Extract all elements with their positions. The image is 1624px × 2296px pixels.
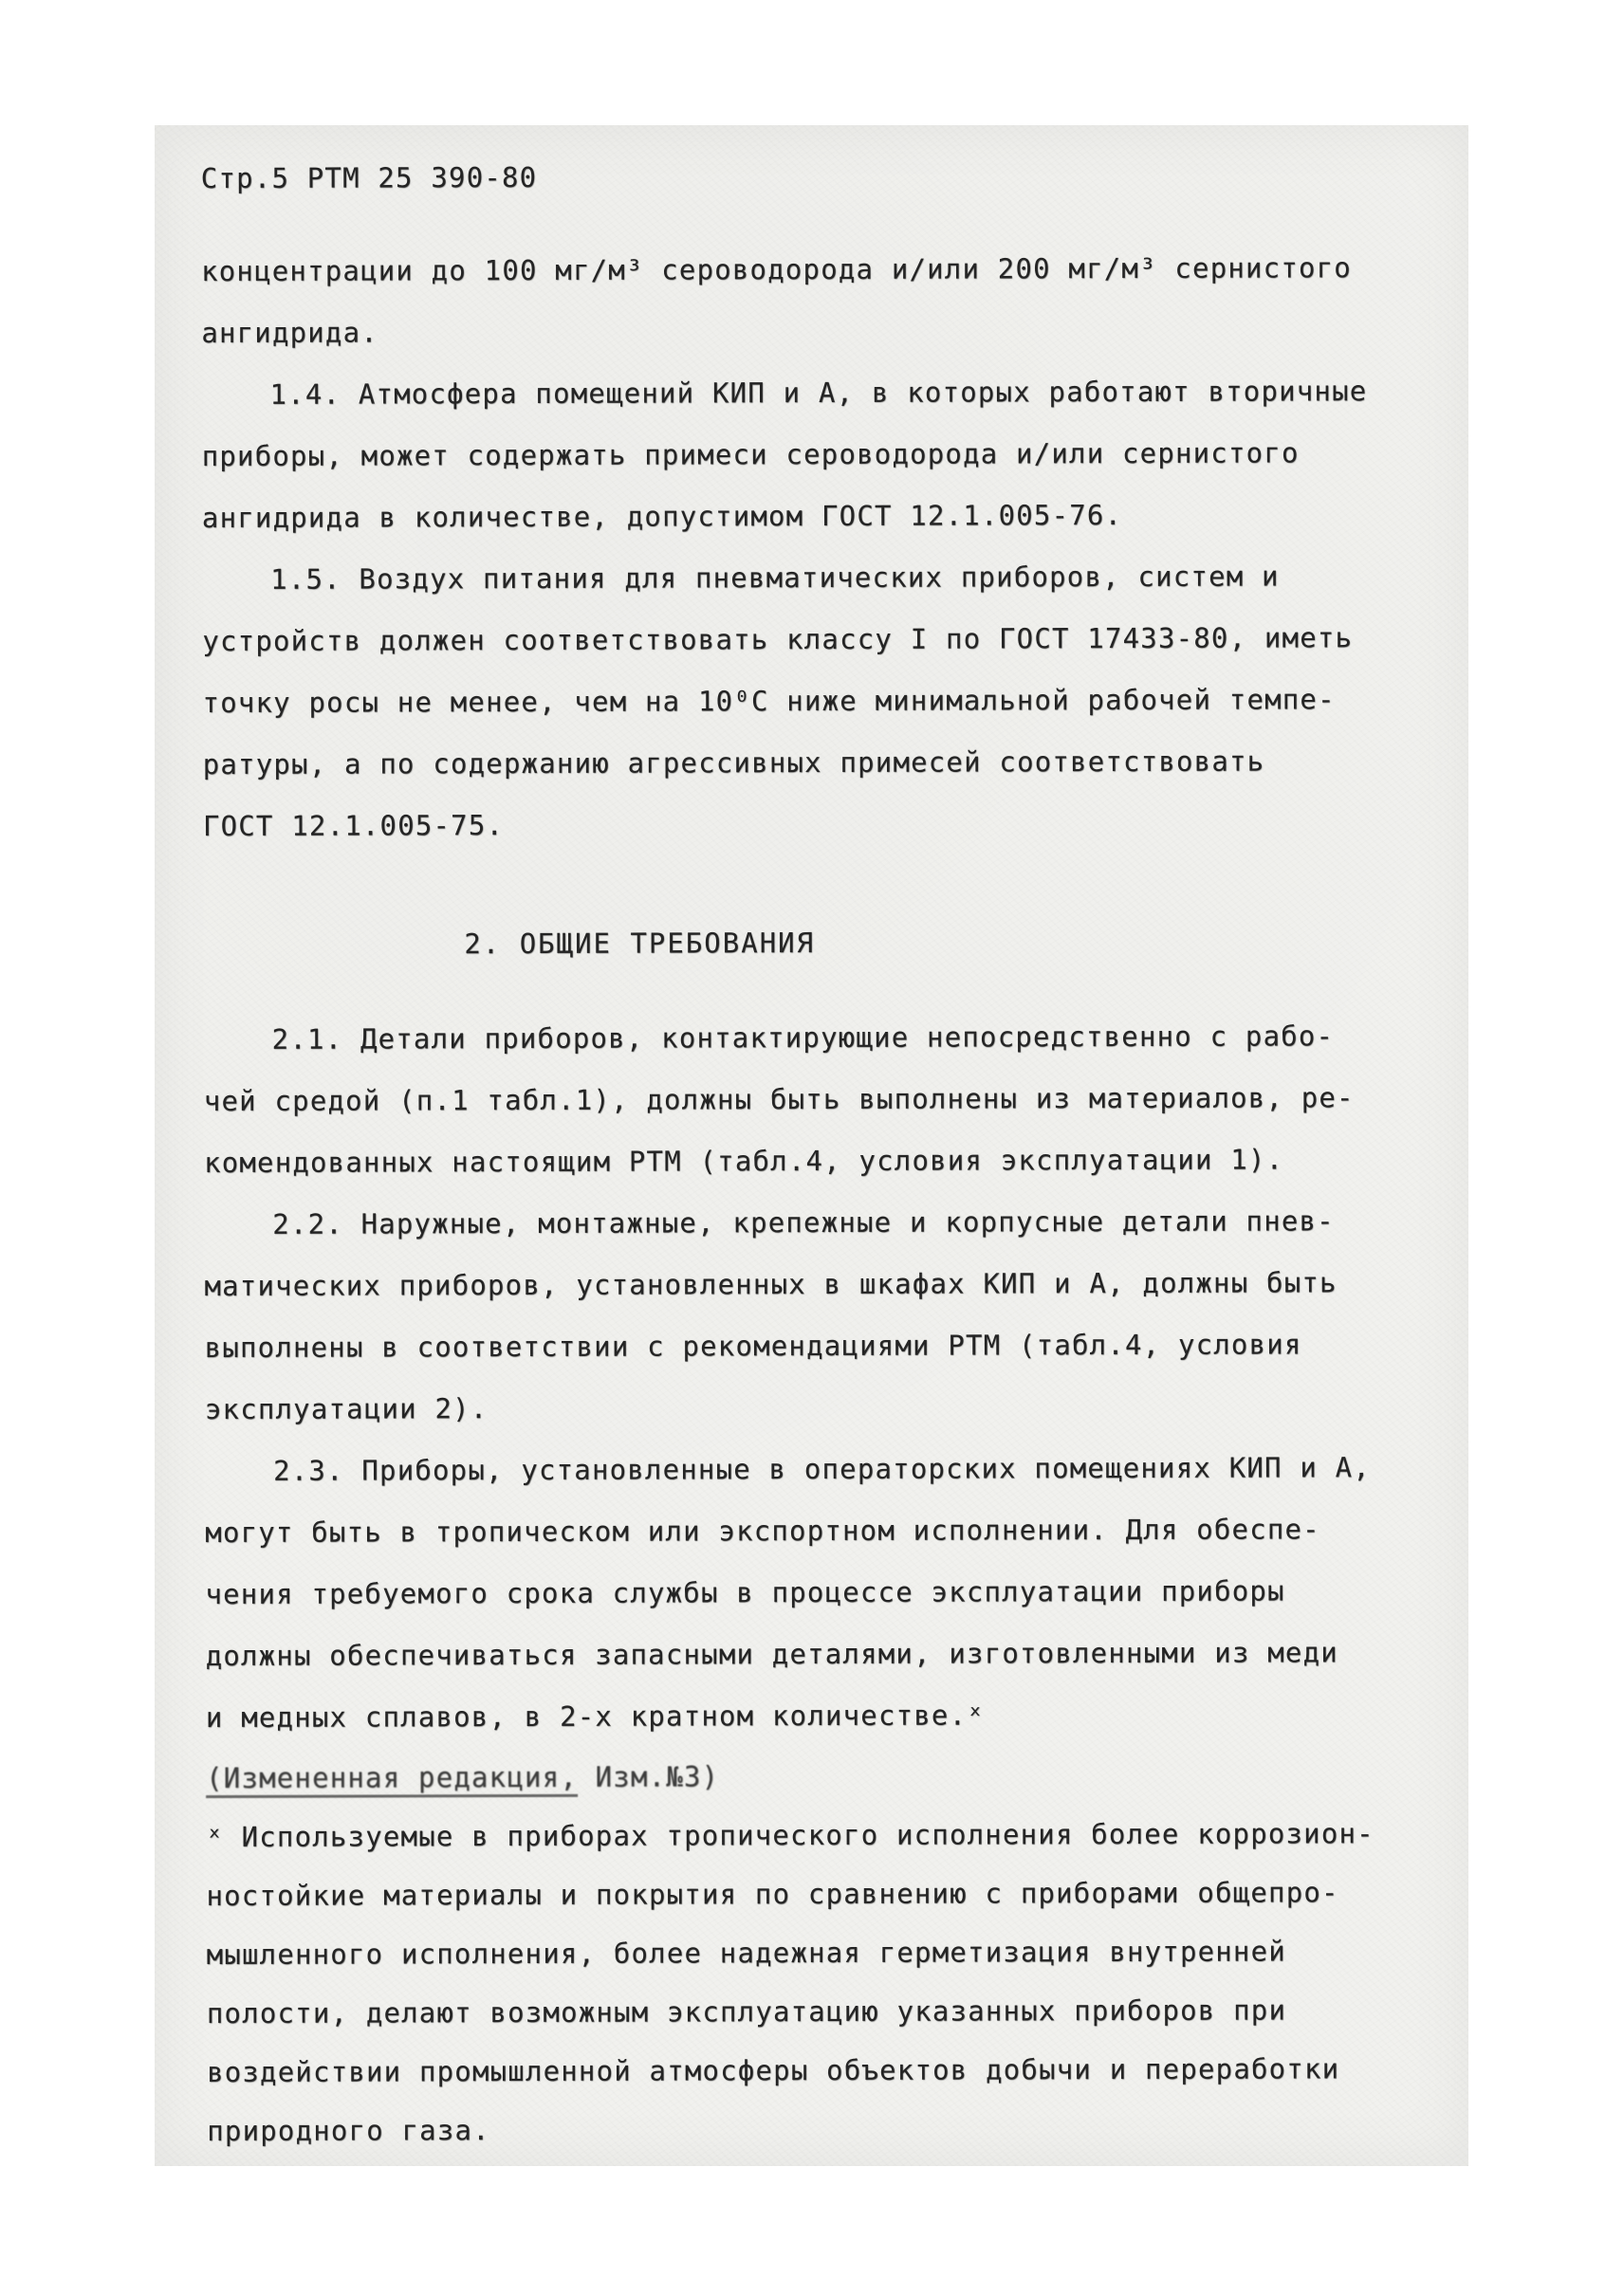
scanned-page: Стр.5 РТМ 25 390-80 концентрации до 100 … <box>155 125 1468 2166</box>
text-line: ГОСТ 12.1.005-75. <box>203 792 1439 857</box>
text-line: комендованных настоящим РТМ (табл.4, усл… <box>204 1129 1440 1194</box>
text-line: 2.1. Детали приборов, контактирующие неп… <box>204 1005 1440 1071</box>
text-line: точку росы не менее, чем на 10⁰С ниже ми… <box>202 669 1438 734</box>
text-line: чения требуемого срока службы в процессе… <box>205 1560 1441 1626</box>
footnote-line: мышленного исполнения, более надежная ге… <box>207 1921 1443 1984</box>
text-line: матических приборов, установленных в шка… <box>204 1252 1440 1317</box>
text-line: концентрации до 100 мг/м³ сероводорода и… <box>201 237 1437 303</box>
text-line: чей средой (п.1 табл.1), должны быть вып… <box>204 1067 1440 1132</box>
page-header: Стр.5 РТМ 25 390-80 <box>201 144 1437 210</box>
text-line: и медных сплавов, в 2-х кратном количест… <box>206 1683 1442 1749</box>
text-line: приборы, может содержать примеси серовод… <box>202 422 1438 487</box>
text-line: эксплуатации 2). <box>205 1375 1441 1441</box>
document-text: Стр.5 РТМ 25 390-80 концентрации до 100 … <box>201 144 1444 2160</box>
text-line: выполнены в соответствии с рекомендациям… <box>205 1313 1441 1379</box>
amendment-underlined-part: (Измененная редакция, <box>206 1761 578 1798</box>
section-heading: 2. ОБЩИЕ ТРЕБОВАНИЯ <box>203 910 1439 976</box>
amendment-note: (Измененная редакция, Изм.№3) <box>206 1745 1442 1808</box>
text-line: 2.3. Приборы, установленные в операторск… <box>205 1437 1441 1502</box>
text-line: 2.2. Наружные, монтажные, крепежные и ко… <box>204 1190 1440 1256</box>
text-line: 1.4. Атмосфера помещений КИП и А, в кото… <box>201 360 1437 426</box>
text-line: ратуры, а по содержанию агрессивных прим… <box>203 730 1439 796</box>
footnote-line: ностойкие материалы и покрытия по сравне… <box>206 1863 1442 1925</box>
text-line: ангидрида. <box>201 299 1437 364</box>
footnote-line: ˣ Используемые в приборах тропического и… <box>206 1804 1442 1866</box>
text-line: должны обеспечиваться запасными деталями… <box>206 1622 1442 1687</box>
text-line: могут быть в тропическом или экспортном … <box>205 1498 1441 1564</box>
text-line: устройств должен соответствовать классу … <box>202 607 1438 672</box>
text-line: 1.5. Воздух питания для пневматических п… <box>202 545 1438 611</box>
footnote-line: природного газа. <box>207 2098 1443 2160</box>
footnote-line: полости, делают возможным эксплуатацию у… <box>207 1980 1443 2043</box>
text-line: ангидрида в количестве, допустимом ГОСТ … <box>202 484 1438 549</box>
amendment-rest-part: Изм.№3) <box>578 1760 719 1792</box>
footnote-line: воздействии промышленной атмосферы объек… <box>207 2039 1443 2102</box>
